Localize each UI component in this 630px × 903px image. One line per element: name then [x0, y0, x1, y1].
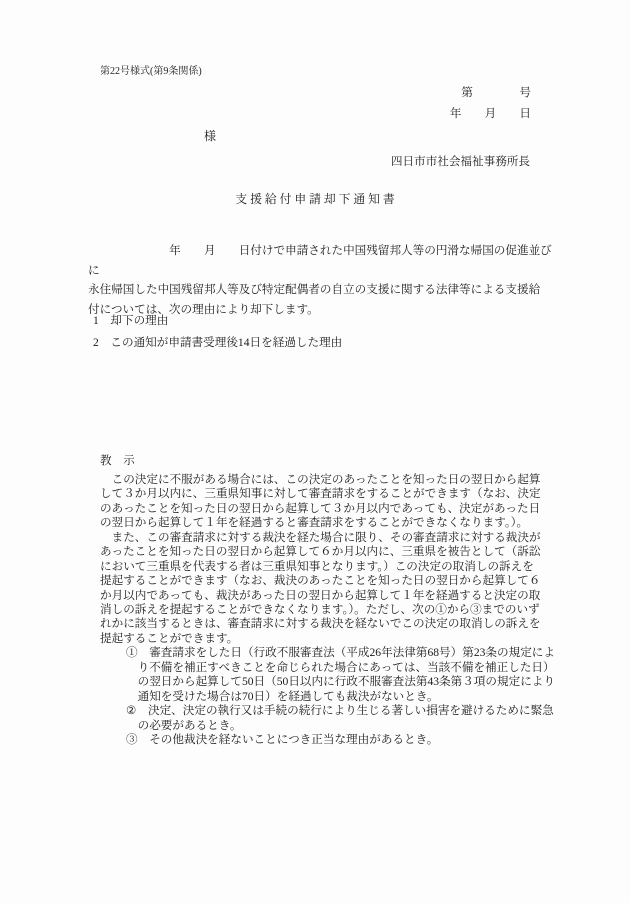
instruction-items: ① 審査請求をした日（行政不服審査法（平成26年法律第68号）第23条の規定によ…: [126, 646, 580, 747]
document-number-line: 第 号: [461, 86, 531, 100]
date-line: 年 月 日: [450, 107, 531, 121]
instruction-heading: 教 示: [100, 454, 580, 468]
body-paragraph: 年 月 日付けで申請された中国残留邦人等の円滑な帰国の促進並びに 永住帰国した中…: [88, 241, 560, 319]
instruction-paragraph-2: また、この審査請求に対する裁決を経た場合に限り、その審査請求に対する裁決が あっ…: [100, 531, 580, 647]
rejection-reasons-list: 1 却下の理由 2 この通知が申請書受理後14日を経過した理由: [93, 310, 553, 354]
instruction-paragraph-1: この決定に不服がある場合には、この決定のあったことを知った日の翌日から起算 して…: [100, 473, 580, 531]
form-number: 第22号様式(第9条関係): [100, 66, 202, 78]
document-page: 第22号様式(第9条関係) 第 号 年 月 日 様 四日市市社会福祉事務所長 支…: [0, 0, 630, 903]
instruction-section: 教 示 この決定に不服がある場合には、この決定のあったことを知った日の翌日から起…: [100, 454, 580, 748]
issuer-office: 四日市市社会福祉事務所長: [391, 155, 530, 169]
page-title: 支 援 給 付 申 請 却 下 通 知 書: [0, 192, 630, 207]
addressee-line: 様: [204, 129, 216, 143]
